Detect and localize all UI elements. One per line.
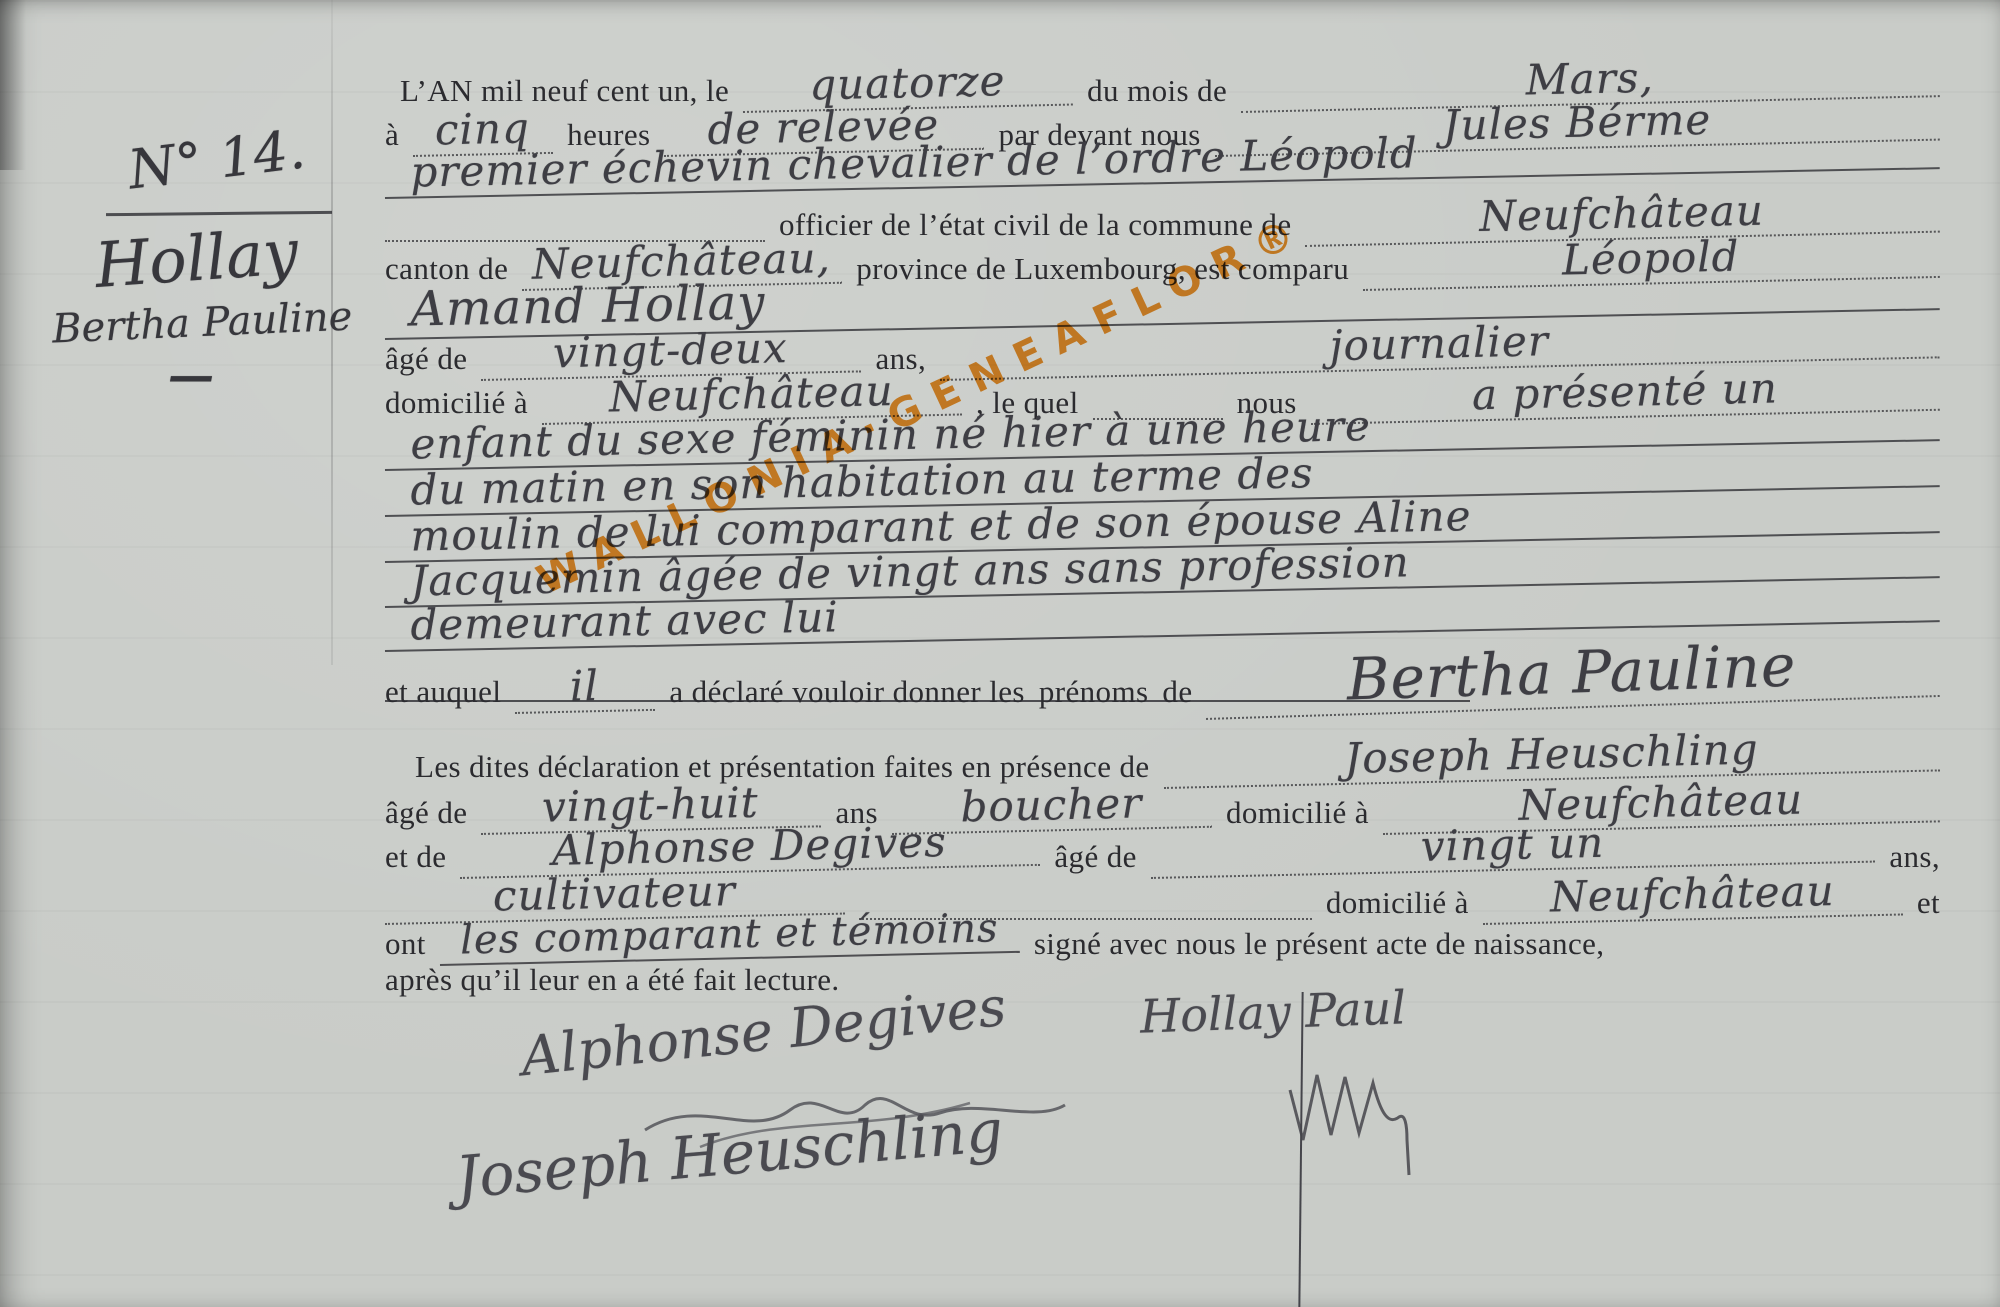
scan-edge-shadow: [0, 0, 26, 170]
section-divider: [385, 700, 1470, 702]
margin-dash: —: [168, 348, 214, 402]
signature-paraph: [1285, 1055, 1465, 1185]
printed-text: a déclaré vouloir donner les: [669, 674, 1025, 710]
printed-text: et auquel: [385, 674, 501, 710]
field-witness2-domicile: Neufchâteau: [1482, 864, 1903, 925]
margin-rule: [106, 211, 332, 216]
printed-text: du mois de: [1087, 73, 1227, 109]
printed-text: L’AN mil neuf cent un, le: [400, 73, 729, 109]
margin-surname: Hollay: [93, 215, 301, 302]
printed-text: âgé de: [1054, 839, 1136, 875]
printed-text: âgé de: [385, 341, 467, 377]
line-given-names: et auquel il a déclaré vouloir donner le…: [385, 648, 1940, 718]
printed-text: de: [1162, 674, 1192, 710]
act-number: N° 14.: [125, 117, 309, 201]
line-signature-clause: ont les comparant et témoins signé avec …: [385, 918, 1940, 966]
margin-given-names: Bertha Pauline: [51, 293, 353, 352]
printed-text: prénoms: [1039, 674, 1149, 710]
birth-act-document: N° 14. Hollay Bertha Pauline — L’AN mil …: [0, 0, 2000, 1307]
printed-text: domicilié à: [1326, 885, 1469, 921]
printed-text: âgé de: [385, 795, 467, 831]
printed-text: officier de l’état civil de la commune d…: [779, 207, 1291, 243]
printed-text: ont: [385, 926, 426, 962]
printed-text: et de: [385, 839, 446, 875]
printed-text: et: [1917, 885, 1940, 921]
printed-text: après qu’il leur en a été fait lecture.: [385, 962, 840, 998]
field-pronoun: il: [514, 660, 655, 714]
printed-text: domicilié à: [385, 385, 528, 421]
signature-declarant: Hollay Paul: [1139, 980, 1407, 1043]
printed-text: signé avec nous le présent acte de naiss…: [1034, 926, 1605, 962]
